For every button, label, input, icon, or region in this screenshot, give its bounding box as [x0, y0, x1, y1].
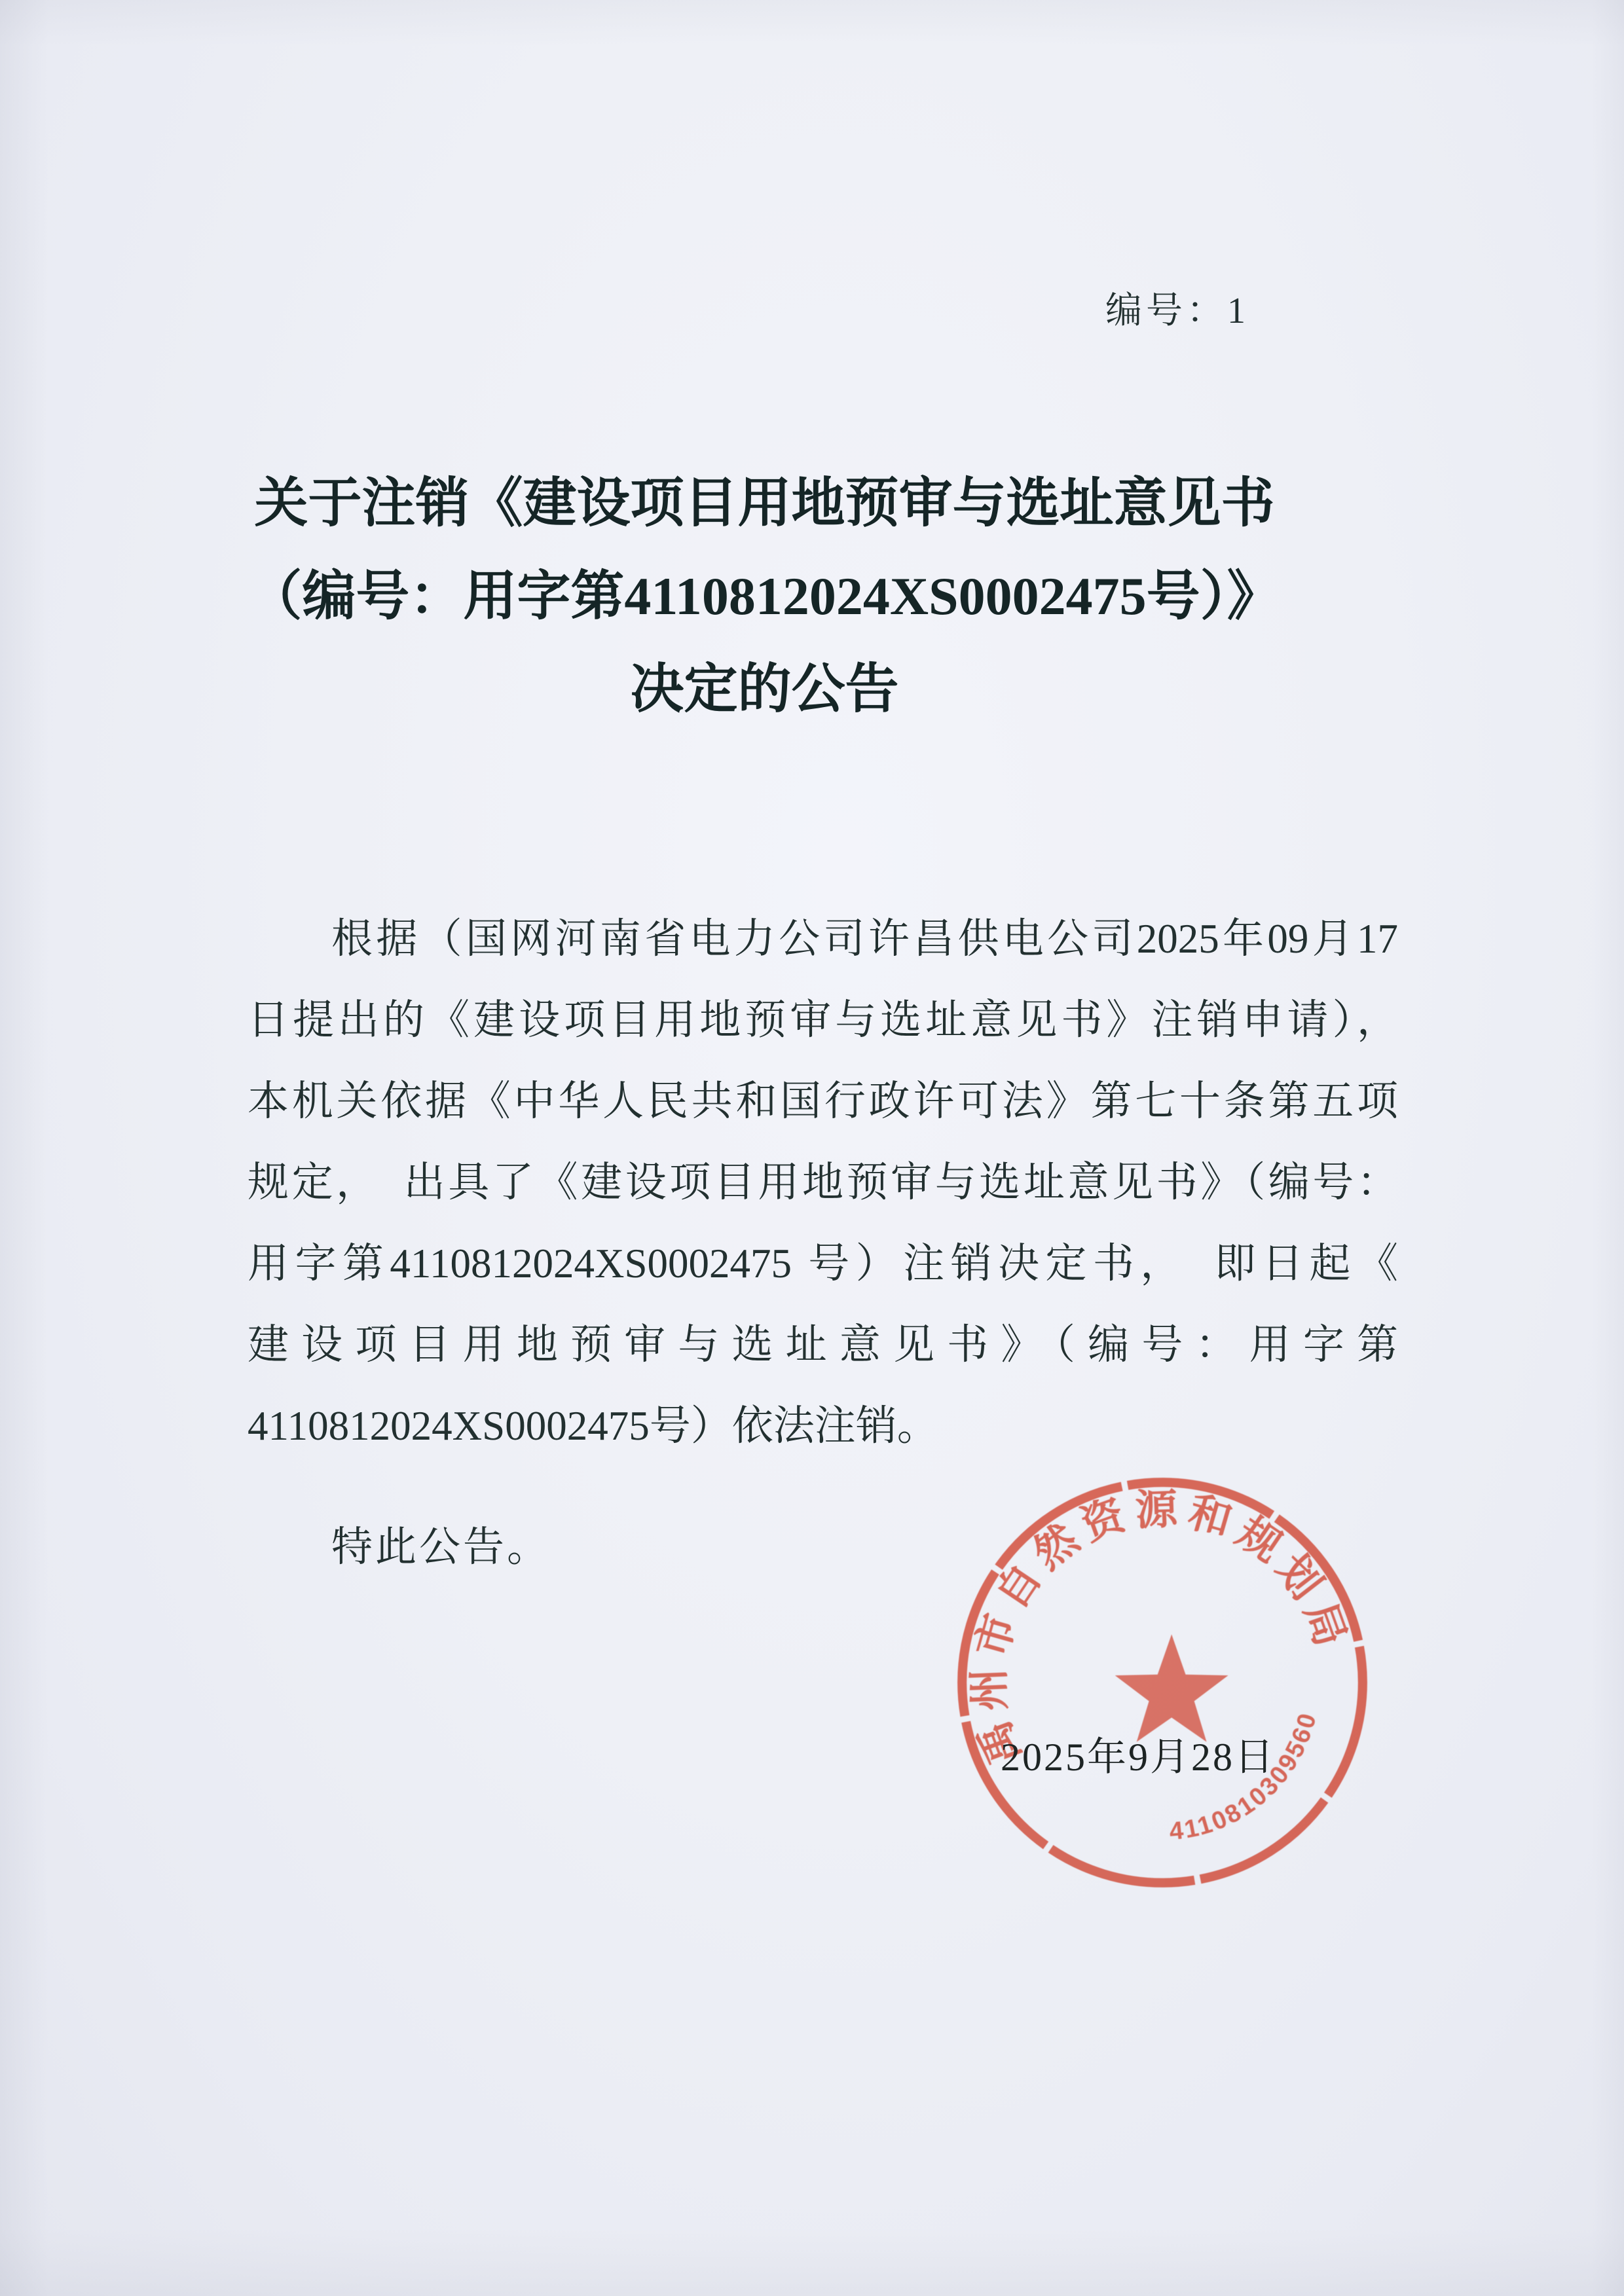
title-line-2: （编号：用字第4110812024XS0002475号）》: [246, 550, 1283, 643]
body-line: 规定， 出具了《建设项目用地预审与选址意见书》（编号：: [248, 1142, 1398, 1223]
official-seal-stamp: 禹州市自然资源和规划局 4110810309560: [951, 1471, 1374, 1894]
body-line: 日提出的《建设项目用地预审与选址意见书》注销申请），: [248, 979, 1398, 1061]
title-line-3: 决定的公告: [246, 643, 1283, 736]
body-line: 根据（国网河南省电力公司许昌供电公司2025年09月17: [248, 898, 1398, 979]
closing-statement: 特此公告。: [331, 1514, 551, 1573]
document-page: 编号：1 关于注销《建设项目用地预审与选址意见书 （编号：用字第41108120…: [0, 0, 1624, 2296]
title-line-1: 关于注销《建设项目用地预审与选址意见书: [246, 457, 1283, 550]
document-date: 2025年9月28日: [1001, 1726, 1276, 1782]
body-line: 用字第4110812024XS0002475 号）注销决定书， 即日起《: [248, 1223, 1398, 1304]
document-serial-number: 编号：1: [1105, 282, 1249, 334]
document-title: 关于注销《建设项目用地预审与选址意见书 （编号：用字第4110812024XS0…: [246, 457, 1283, 736]
body-line: 建设项目用地预审与选址意见书》（编号：用字第: [248, 1304, 1398, 1385]
document-body-paragraph: 根据（国网河南省电力公司许昌供电公司2025年09月17 日提出的《建设项目用地…: [248, 898, 1398, 1467]
seal-graphic: 禹州市自然资源和规划局 4110810309560: [951, 1471, 1374, 1894]
body-line: 本机关依据《中华人民共和国行政许可法》第七十条第五项: [248, 1061, 1398, 1142]
body-line: 4110812024XS0002475号）依法注销。: [248, 1385, 1398, 1467]
